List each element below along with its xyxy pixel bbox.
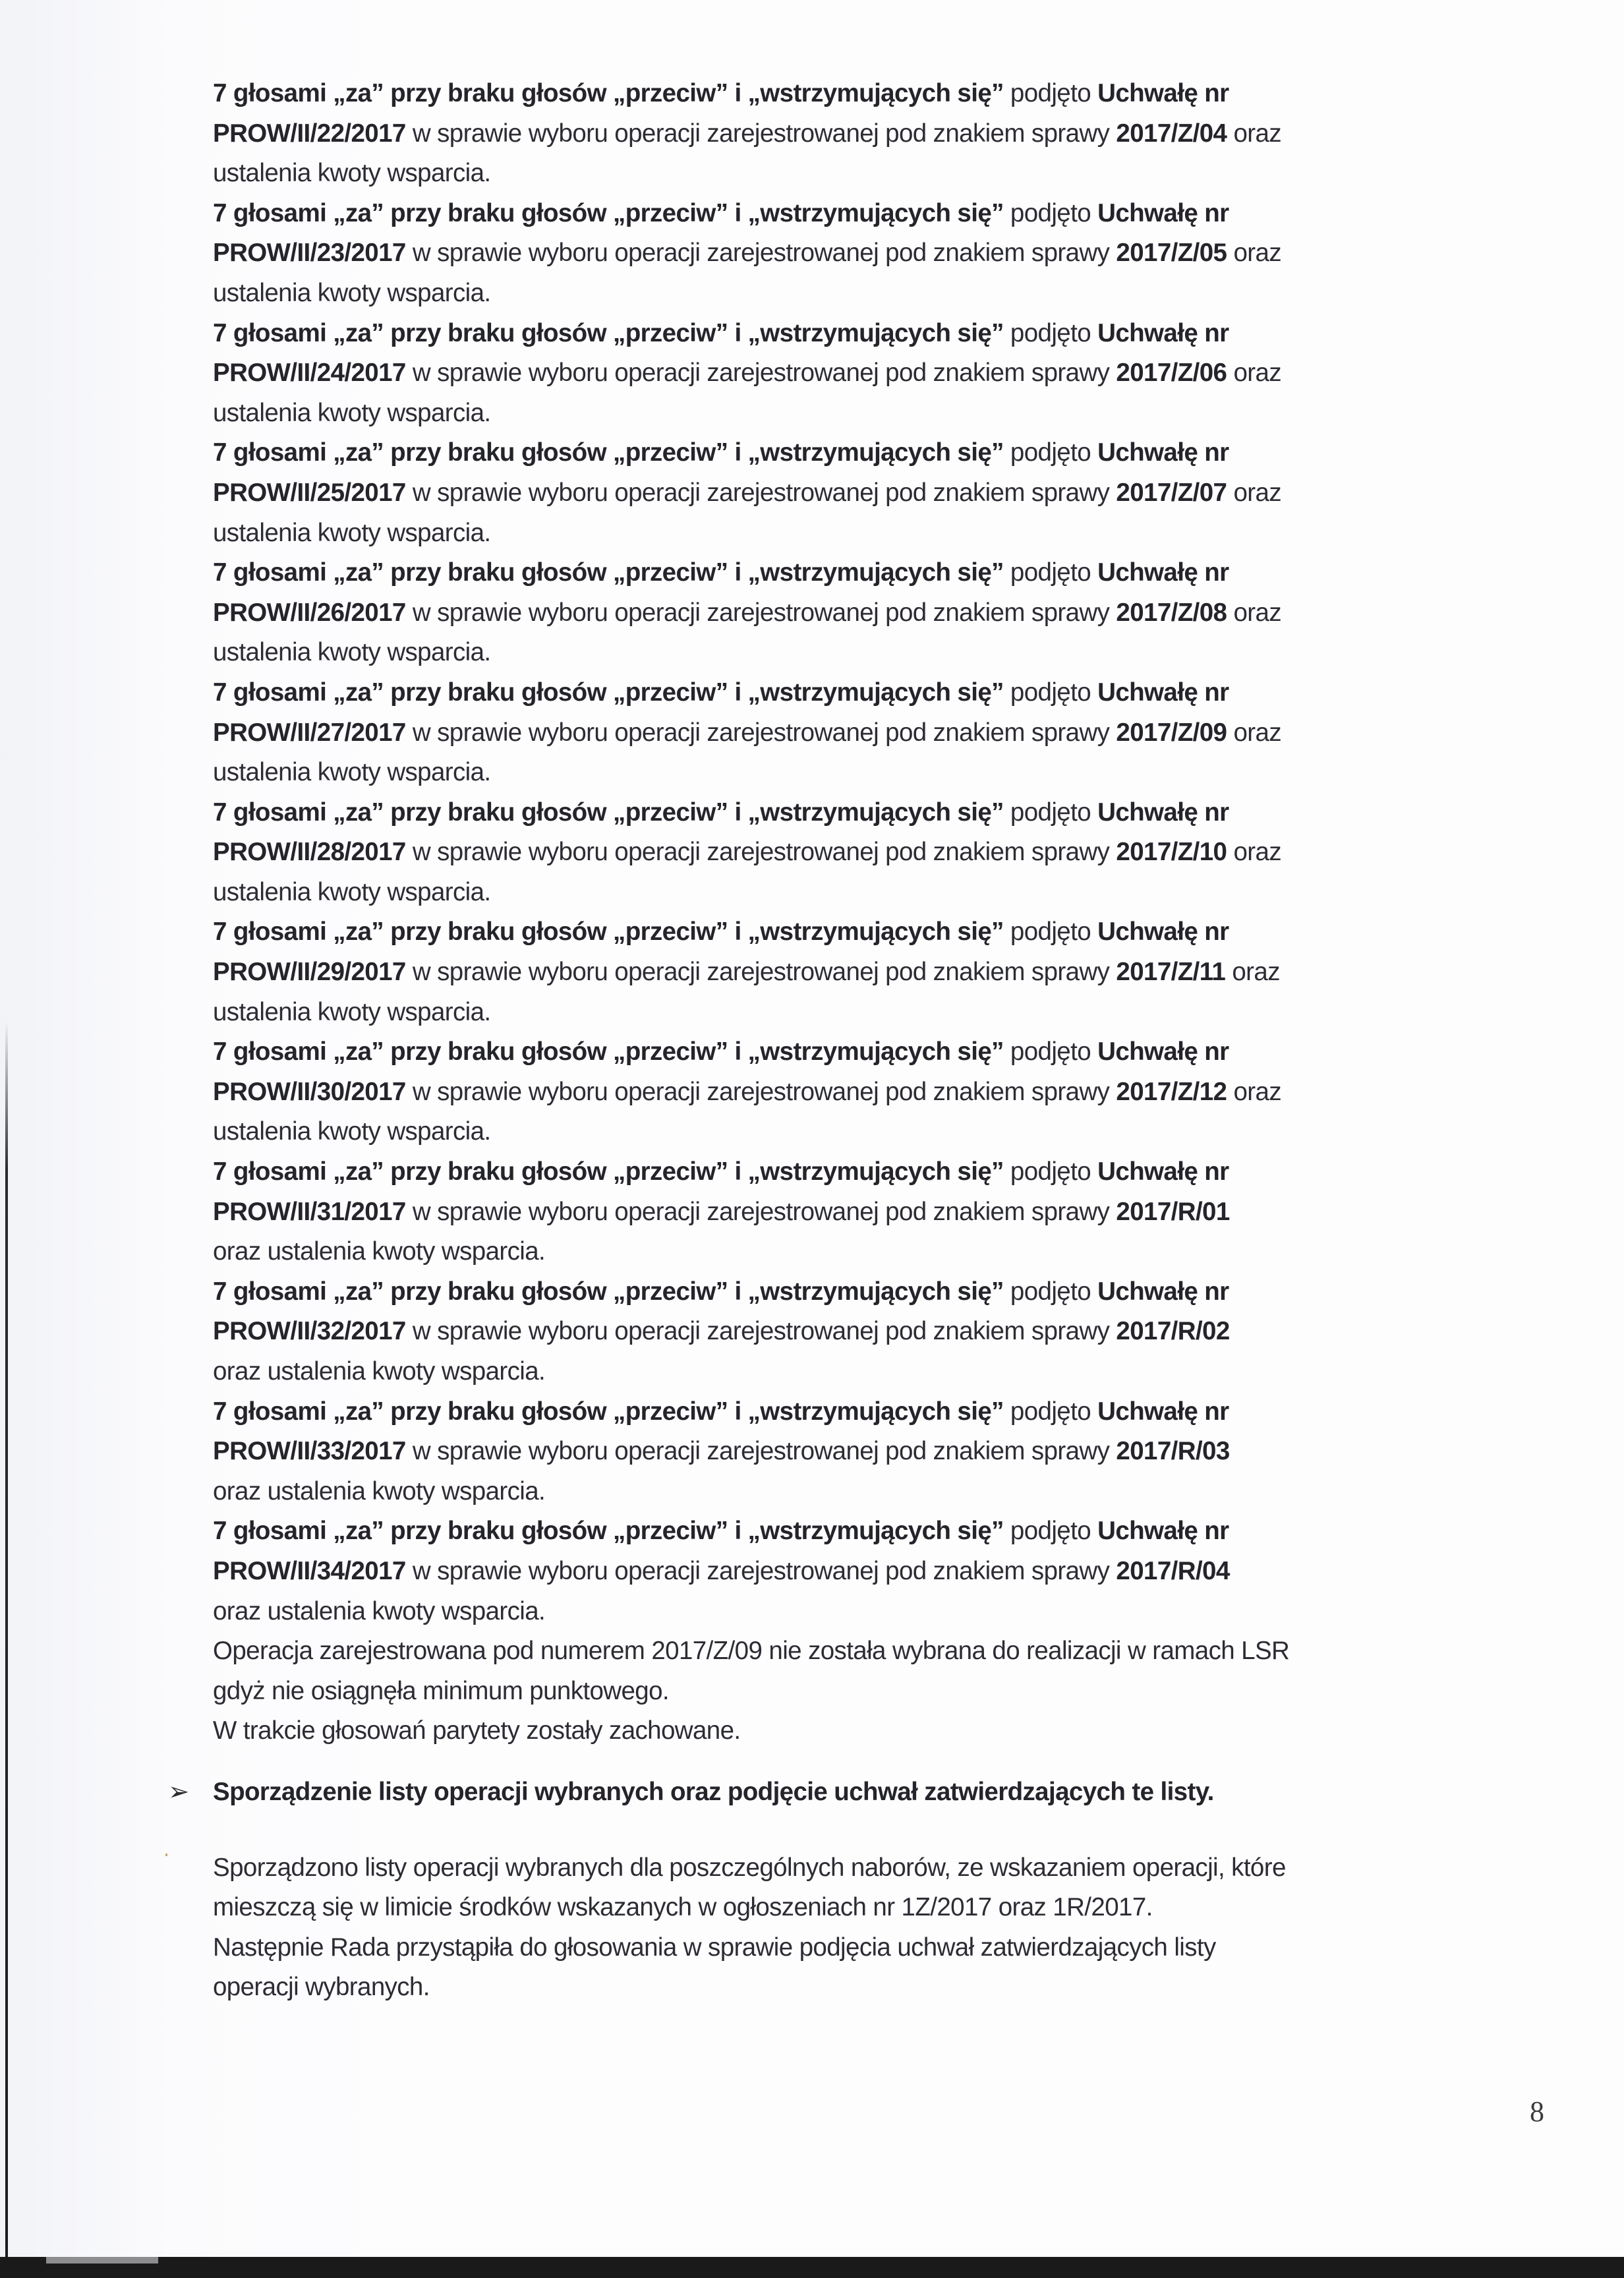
resolution-line-votes: 7 głosami „za” przy braku głosów „przeci… (213, 1392, 1557, 1432)
resolution-label: Uchwałę nr (1097, 1517, 1229, 1545)
vote-summary: 7 głosami „za” przy braku głosów „przeci… (213, 558, 1004, 587)
resolution-subject: w sprawie wyboru operacji zarejestrowane… (406, 1078, 1116, 1106)
resolution-label: Uchwałę nr (1097, 678, 1229, 707)
resolution-verb: podjęto (1004, 1037, 1097, 1066)
vote-summary: 7 głosami „za” przy braku głosów „przeci… (213, 199, 1004, 227)
resolution-line-tail: oraz ustalenia kwoty wsparcia. (213, 1592, 1557, 1632)
resolution-number: PROW/II/22/2017 (213, 119, 406, 148)
resolution-line-subject: PROW/II/28/2017 w sprawie wyboru operacj… (213, 832, 1557, 873)
resolution-line-tail: ustalenia kwoty wsparcia. (213, 513, 1557, 554)
resolution-label: Uchwałę nr (1097, 199, 1229, 227)
resolution-label: Uchwałę nr (1097, 1037, 1229, 1066)
resolution-line-subject: PROW/II/30/2017 w sprawie wyboru operacj… (213, 1072, 1557, 1113)
resolution-line-votes: 7 głosami „za” przy braku głosów „przeci… (213, 1032, 1557, 1072)
resolution-line-votes: 7 głosami „za” przy braku głosów „przeci… (213, 194, 1557, 234)
resolution-subject: w sprawie wyboru operacji zarejestrowane… (406, 239, 1116, 267)
resolution-line-subject: PROW/II/29/2017 w sprawie wyboru operacj… (213, 952, 1557, 993)
resolution-number: PROW/II/29/2017 (213, 958, 406, 986)
resolution-line-tail: oraz ustalenia kwoty wsparcia. (213, 1352, 1557, 1392)
case-number: 2017/Z/11 (1116, 958, 1225, 986)
resolution-label: Uchwałę nr (1097, 558, 1229, 587)
resolution-item: 7 głosami „za” przy braku głosów „przeci… (213, 912, 1557, 1032)
resolution-line-subject: PROW/II/22/2017 w sprawie wyboru operacj… (213, 114, 1557, 154)
resolution-line-tail: ustalenia kwoty wsparcia. (213, 1112, 1557, 1152)
resolution-conjunction: oraz (1227, 119, 1281, 148)
resolution-verb: podjęto (1004, 438, 1097, 467)
resolution-item: 7 głosami „za” przy braku głosów „przeci… (213, 1272, 1557, 1392)
arrowhead-bullet-icon: ➢ (168, 1772, 189, 1813)
resolution-verb: podjęto (1004, 199, 1097, 227)
resolution-line-tail: ustalenia kwoty wsparcia. (213, 394, 1557, 434)
resolution-label: Uchwałę nr (1097, 438, 1229, 467)
resolution-verb: podjęto (1004, 558, 1097, 587)
resolution-item: 7 głosami „za” przy braku głosów „przeci… (213, 673, 1557, 793)
resolution-line-tail: ustalenia kwoty wsparcia. (213, 154, 1557, 194)
resolution-line-votes: 7 głosami „za” przy braku głosów „przeci… (213, 673, 1557, 713)
resolution-subject: w sprawie wyboru operacji zarejestrowane… (406, 599, 1116, 627)
resolution-subject: w sprawie wyboru operacji zarejestrowane… (406, 1437, 1116, 1465)
section-body-line: mieszczą się w limicie środków wskazanyc… (213, 1888, 1557, 1928)
resolution-number: PROW/II/26/2017 (213, 599, 406, 627)
case-number: 2017/R/04 (1116, 1557, 1229, 1585)
resolution-conjunction: oraz (1227, 1078, 1281, 1106)
resolution-subject: w sprawie wyboru operacji zarejestrowane… (406, 479, 1116, 507)
resolution-line-votes: 7 głosami „za” przy braku głosów „przeci… (213, 912, 1557, 952)
resolution-number: PROW/II/27/2017 (213, 718, 406, 747)
vote-summary: 7 głosami „za” przy braku głosów „przeci… (213, 1277, 1004, 1306)
resolution-line-tail: ustalenia kwoty wsparcia. (213, 274, 1557, 314)
resolution-line-votes: 7 głosami „za” przy braku głosów „przeci… (213, 553, 1557, 593)
vote-summary: 7 głosami „za” przy braku głosów „przeci… (213, 438, 1004, 467)
resolution-verb: podjęto (1004, 319, 1097, 347)
resolution-item: 7 głosami „za” przy braku głosów „przeci… (213, 314, 1557, 434)
resolution-line-subject: PROW/II/32/2017 w sprawie wyboru operacj… (213, 1312, 1557, 1352)
resolution-item: 7 głosami „za” przy braku głosów „przeci… (213, 194, 1557, 314)
scan-bottom-edge (0, 2257, 1624, 2278)
scan-left-edge (5, 1022, 8, 2261)
vote-summary: 7 głosami „za” przy braku głosów „przeci… (213, 1157, 1004, 1186)
resolution-verb: podjęto (1004, 79, 1097, 107)
resolution-line-subject: PROW/II/24/2017 w sprawie wyboru operacj… (213, 353, 1557, 394)
section-body-line: Następnie Rada przystąpiła do głosowania… (213, 1928, 1557, 1968)
resolutions-list: 7 głosami „za” przy braku głosów „przeci… (213, 74, 1557, 1631)
resolution-line-votes: 7 głosami „za” przy braku głosów „przeci… (213, 793, 1557, 833)
resolution-line-subject: PROW/II/27/2017 w sprawie wyboru operacj… (213, 713, 1557, 753)
resolution-subject: w sprawie wyboru operacji zarejestrowane… (406, 1557, 1116, 1585)
resolution-verb: podjęto (1004, 1157, 1097, 1186)
vote-summary: 7 głosami „za” przy braku głosów „przeci… (213, 918, 1004, 946)
resolution-subject: w sprawie wyboru operacji zarejestrowane… (406, 119, 1116, 148)
resolution-item: 7 głosami „za” przy braku głosów „przeci… (213, 1392, 1557, 1512)
resolution-item: 7 głosami „za” przy braku głosów „przeci… (213, 74, 1557, 194)
resolution-label: Uchwałę nr (1097, 798, 1229, 827)
section-body: Sporządzono listy operacji wybranych dla… (213, 1848, 1557, 2008)
section-heading: ➢ Sporządzenie listy operacji wybranych … (213, 1772, 1557, 1813)
vote-summary: 7 głosami „za” przy braku głosów „przeci… (213, 79, 1004, 107)
case-number: 2017/Z/10 (1116, 838, 1227, 866)
resolution-verb: podjęto (1004, 1397, 1097, 1426)
resolution-conjunction: oraz (1225, 958, 1280, 986)
resolution-subject: w sprawie wyboru operacji zarejestrowane… (406, 1317, 1116, 1345)
case-number: 2017/Z/04 (1116, 119, 1227, 148)
resolution-item: 7 głosami „za” przy braku głosów „przeci… (213, 793, 1557, 913)
resolution-line-tail: ustalenia kwoty wsparcia. (213, 753, 1557, 793)
page-number: 8 (1530, 2095, 1544, 2128)
resolution-subject: w sprawie wyboru operacji zarejestrowane… (406, 359, 1116, 387)
resolution-subject: w sprawie wyboru operacji zarejestrowane… (406, 958, 1116, 986)
note-rejected-line1: Operacja zarejestrowana pod numerem 2017… (213, 1631, 1557, 1672)
resolution-subject: w sprawie wyboru operacji zarejestrowane… (406, 838, 1116, 866)
resolution-conjunction: oraz (1227, 479, 1281, 507)
resolution-line-subject: PROW/II/34/2017 w sprawie wyboru operacj… (213, 1552, 1557, 1592)
resolution-number: PROW/II/34/2017 (213, 1557, 406, 1585)
vote-summary: 7 głosami „za” przy braku głosów „przeci… (213, 1517, 1004, 1545)
resolution-label: Uchwałę nr (1097, 1277, 1229, 1306)
case-number: 2017/Z/08 (1116, 599, 1227, 627)
vote-summary: 7 głosami „za” przy braku głosów „przeci… (213, 678, 1004, 707)
resolution-line-tail: ustalenia kwoty wsparcia. (213, 993, 1557, 1033)
resolution-verb: podjęto (1004, 678, 1097, 707)
resolution-item: 7 głosami „za” przy braku głosów „przeci… (213, 1032, 1557, 1152)
resolution-subject: w sprawie wyboru operacji zarejestrowane… (406, 718, 1116, 747)
resolution-number: PROW/II/25/2017 (213, 479, 406, 507)
resolution-label: Uchwałę nr (1097, 918, 1229, 946)
resolution-line-votes: 7 głosami „za” przy braku głosów „przeci… (213, 433, 1557, 473)
resolution-subject: w sprawie wyboru operacji zarejestrowane… (406, 1198, 1116, 1226)
document-body: 7 głosami „za” przy braku głosów „przeci… (213, 74, 1557, 2008)
resolution-line-tail: oraz ustalenia kwoty wsparcia. (213, 1232, 1557, 1272)
resolution-line-votes: 7 głosami „za” przy braku głosów „przeci… (213, 1272, 1557, 1312)
resolution-line-votes: 7 głosami „za” przy braku głosów „przeci… (213, 74, 1557, 114)
section-heading-text: Sporządzenie listy operacji wybranych or… (213, 1778, 1214, 1806)
resolution-line-subject: PROW/II/23/2017 w sprawie wyboru operacj… (213, 233, 1557, 274)
resolution-item: 7 głosami „za” przy braku głosów „przeci… (213, 1152, 1557, 1272)
scan-bottom-edge-highlight (46, 2257, 158, 2263)
section-body-line: operacji wybranych. (213, 1968, 1557, 2008)
note-parity: W trakcie głosowań parytety zostały zach… (213, 1711, 1557, 1751)
resolution-verb: podjęto (1004, 798, 1097, 827)
resolution-number: PROW/II/32/2017 (213, 1317, 406, 1345)
note-rejected-line2: gdyż nie osiągnęła minimum punktowego. (213, 1672, 1557, 1712)
resolution-label: Uchwałę nr (1097, 319, 1229, 347)
resolution-line-tail: ustalenia kwoty wsparcia. (213, 633, 1557, 673)
resolution-line-subject: PROW/II/33/2017 w sprawie wyboru operacj… (213, 1432, 1557, 1472)
resolution-conjunction: oraz (1227, 239, 1281, 267)
section-body-line: Sporządzono listy operacji wybranych dla… (213, 1848, 1557, 1888)
resolution-line-votes: 7 głosami „za” przy braku głosów „przeci… (213, 1152, 1557, 1192)
resolution-number: PROW/II/24/2017 (213, 359, 406, 387)
case-number: 2017/R/02 (1116, 1317, 1229, 1345)
resolution-number: PROW/II/23/2017 (213, 239, 406, 267)
resolution-number: PROW/II/30/2017 (213, 1078, 406, 1106)
case-number: 2017/Z/06 (1116, 359, 1227, 387)
resolution-label: Uchwałę nr (1097, 1157, 1229, 1186)
vote-summary: 7 głosami „za” przy braku głosów „przeci… (213, 319, 1004, 347)
resolution-line-votes: 7 głosami „za” przy braku głosów „przeci… (213, 1511, 1557, 1552)
case-number: 2017/Z/05 (1116, 239, 1227, 267)
case-number: 2017/R/01 (1116, 1198, 1229, 1226)
resolution-conjunction: oraz (1227, 718, 1281, 747)
case-number: 2017/Z/07 (1116, 479, 1227, 507)
case-number: 2017/Z/09 (1116, 718, 1227, 747)
resolution-line-subject: PROW/II/26/2017 w sprawie wyboru operacj… (213, 593, 1557, 633)
resolution-item: 7 głosami „za” przy braku głosów „przeci… (213, 433, 1557, 553)
resolution-conjunction: oraz (1227, 838, 1281, 866)
resolution-line-subject: PROW/II/31/2017 w sprawie wyboru operacj… (213, 1192, 1557, 1233)
resolution-verb: podjęto (1004, 1517, 1097, 1545)
case-number: 2017/R/03 (1116, 1437, 1229, 1465)
resolution-verb: podjęto (1004, 1277, 1097, 1306)
resolution-line-tail: ustalenia kwoty wsparcia. (213, 873, 1557, 913)
resolution-line-votes: 7 głosami „za” przy braku głosów „przeci… (213, 314, 1557, 354)
resolution-line-tail: oraz ustalenia kwoty wsparcia. (213, 1472, 1557, 1512)
vote-summary: 7 głosami „za” przy braku głosów „przeci… (213, 1037, 1004, 1066)
resolution-label: Uchwałę nr (1097, 79, 1229, 107)
scan-speck (165, 1854, 167, 1856)
case-number: 2017/Z/12 (1116, 1078, 1227, 1106)
resolution-number: PROW/II/28/2017 (213, 838, 406, 866)
resolution-number: PROW/II/33/2017 (213, 1437, 406, 1465)
resolution-conjunction: oraz (1227, 359, 1281, 387)
vote-summary: 7 głosami „za” przy braku głosów „przeci… (213, 798, 1004, 827)
resolution-conjunction: oraz (1227, 599, 1281, 627)
resolution-line-subject: PROW/II/25/2017 w sprawie wyboru operacj… (213, 473, 1557, 513)
resolution-item: 7 głosami „za” przy braku głosów „przeci… (213, 1511, 1557, 1631)
resolution-verb: podjęto (1004, 918, 1097, 946)
vote-summary: 7 głosami „za” przy braku głosów „przeci… (213, 1397, 1004, 1426)
resolution-item: 7 głosami „za” przy braku głosów „przeci… (213, 553, 1557, 673)
resolution-number: PROW/II/31/2017 (213, 1198, 406, 1226)
resolution-label: Uchwałę nr (1097, 1397, 1229, 1426)
